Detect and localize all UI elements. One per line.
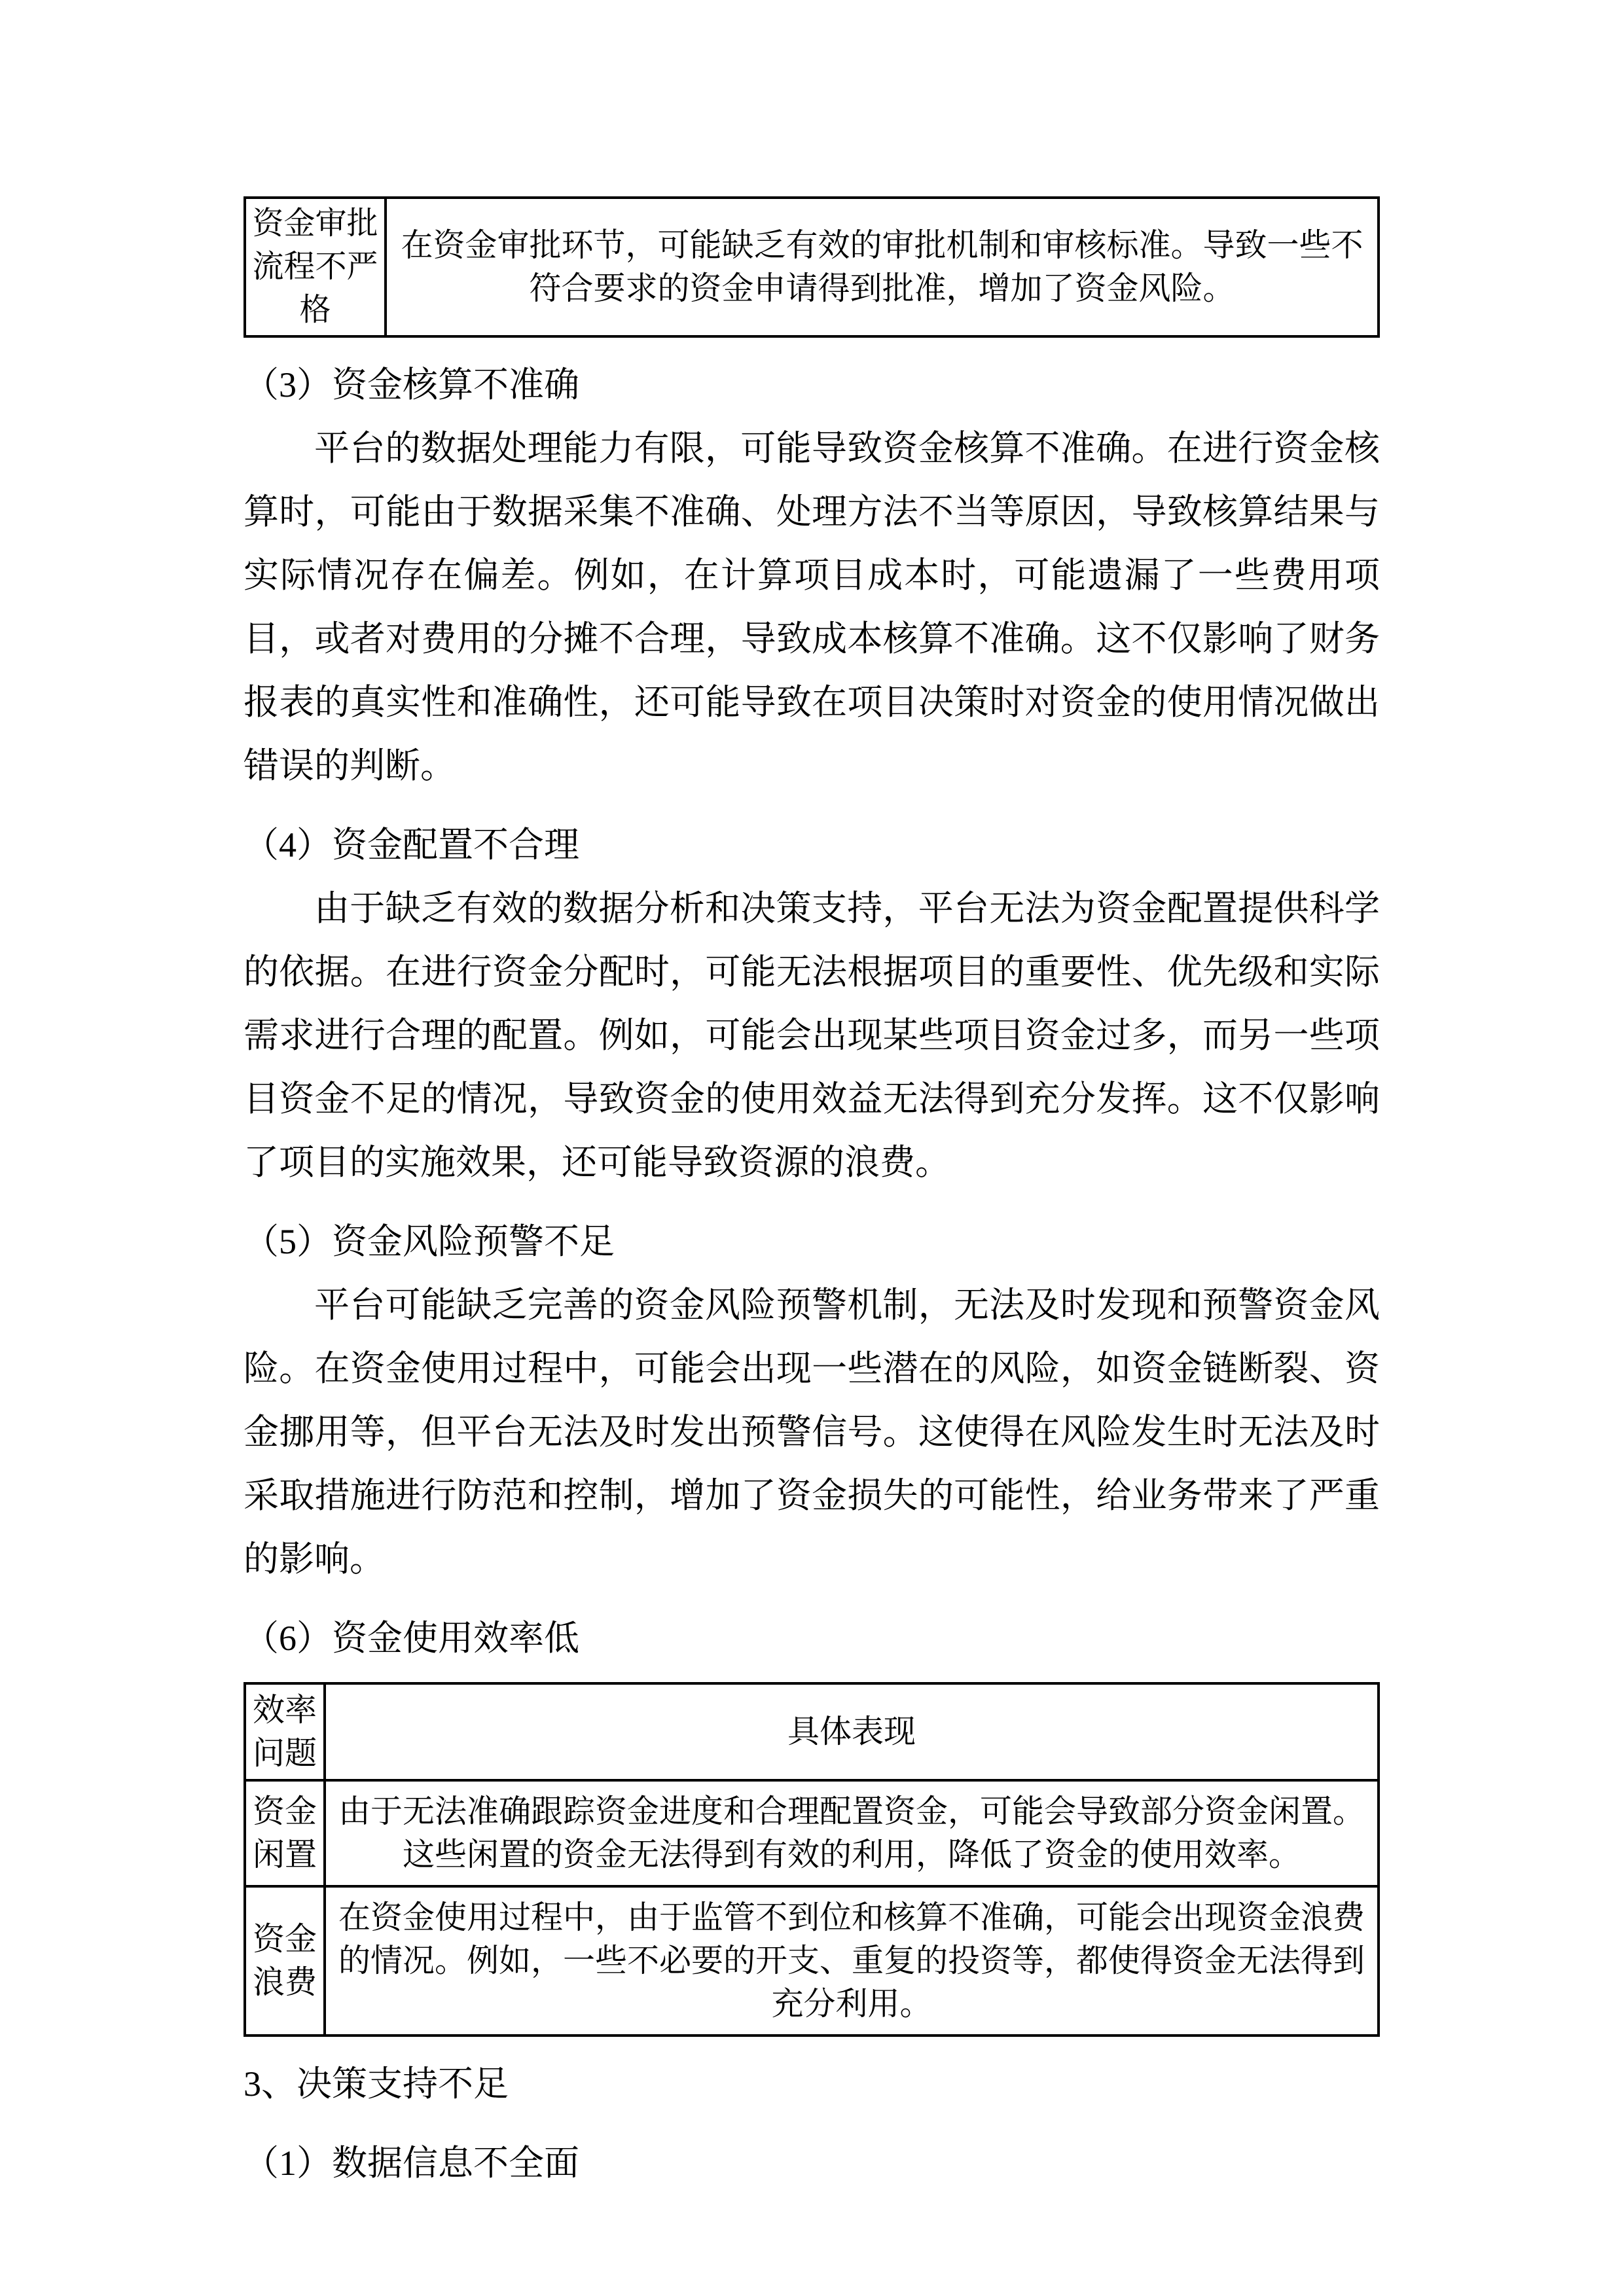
section-paragraph-4: 由于缺乏有效的数据分析和决策支持，平台无法为资金配置提供科学的依据。在进行资金分… <box>244 877 1380 1194</box>
table-header-row: 效率问题 具体表现 <box>245 1683 1379 1780</box>
issue-desc-cell: 在资金使用过程中，由于监管不到位和核算不准确，可能会出现资金浪费的情况。例如，一… <box>325 1886 1379 2036</box>
section-heading-5: （5）资金风险预警不足 <box>244 1210 1380 1274</box>
document-page: 资金审批流程不严格 在资金审批环节，可能缺乏有效的审批机制和审核标准。导致一些不… <box>0 0 1624 2296</box>
table-row: 资金浪费 在资金使用过程中，由于监管不到位和核算不准确，可能会出现资金浪费的情况… <box>245 1886 1379 2036</box>
issue-label-cell: 资金浪费 <box>245 1886 325 2036</box>
column-header-detail: 具体表现 <box>325 1683 1379 1780</box>
section-heading-6: （6）资金使用效率低 <box>244 1607 1380 1670</box>
efficiency-issue-table: 效率问题 具体表现 资金闲置 由于无法准确跟踪资金进度和合理配置资金，可能会导致… <box>244 1682 1380 2037</box>
section-paragraph-3: 平台的数据处理能力有限，可能导致资金核算不准确。在进行资金核算时，可能由于数据采… <box>244 417 1380 798</box>
issue-desc-cell: 在资金审批环节，可能缺乏有效的审批机制和审核标准。导致一些不符合要求的资金申请得… <box>386 198 1379 336</box>
section-paragraph-5: 平台可能缺乏完善的资金风险预警机制，无法及时发现和预警资金风险。在资金使用过程中… <box>244 1274 1380 1591</box>
column-header-issue: 效率问题 <box>245 1683 325 1780</box>
table-row: 资金审批流程不严格 在资金审批环节，可能缺乏有效的审批机制和审核标准。导致一些不… <box>245 198 1379 336</box>
table-row: 资金闲置 由于无法准确跟踪资金进度和合理配置资金，可能会导致部分资金闲置。这些闲… <box>245 1780 1379 1886</box>
section-heading-3: （3）资金核算不准确 <box>244 353 1380 417</box>
section-heading-4: （4）资金配置不合理 <box>244 814 1380 877</box>
approval-issue-table: 资金审批流程不严格 在资金审批环节，可能缺乏有效的审批机制和审核标准。导致一些不… <box>244 196 1380 338</box>
issue-label-cell: 资金闲置 <box>245 1780 325 1886</box>
section-heading-decision-support: 3、决策支持不足 <box>244 2053 1380 2116</box>
section-heading-data-info: （1）数据信息不全面 <box>244 2132 1380 2195</box>
issue-desc-cell: 由于无法准确跟踪资金进度和合理配置资金，可能会导致部分资金闲置。这些闲置的资金无… <box>325 1780 1379 1886</box>
issue-label-cell: 资金审批流程不严格 <box>245 198 386 336</box>
